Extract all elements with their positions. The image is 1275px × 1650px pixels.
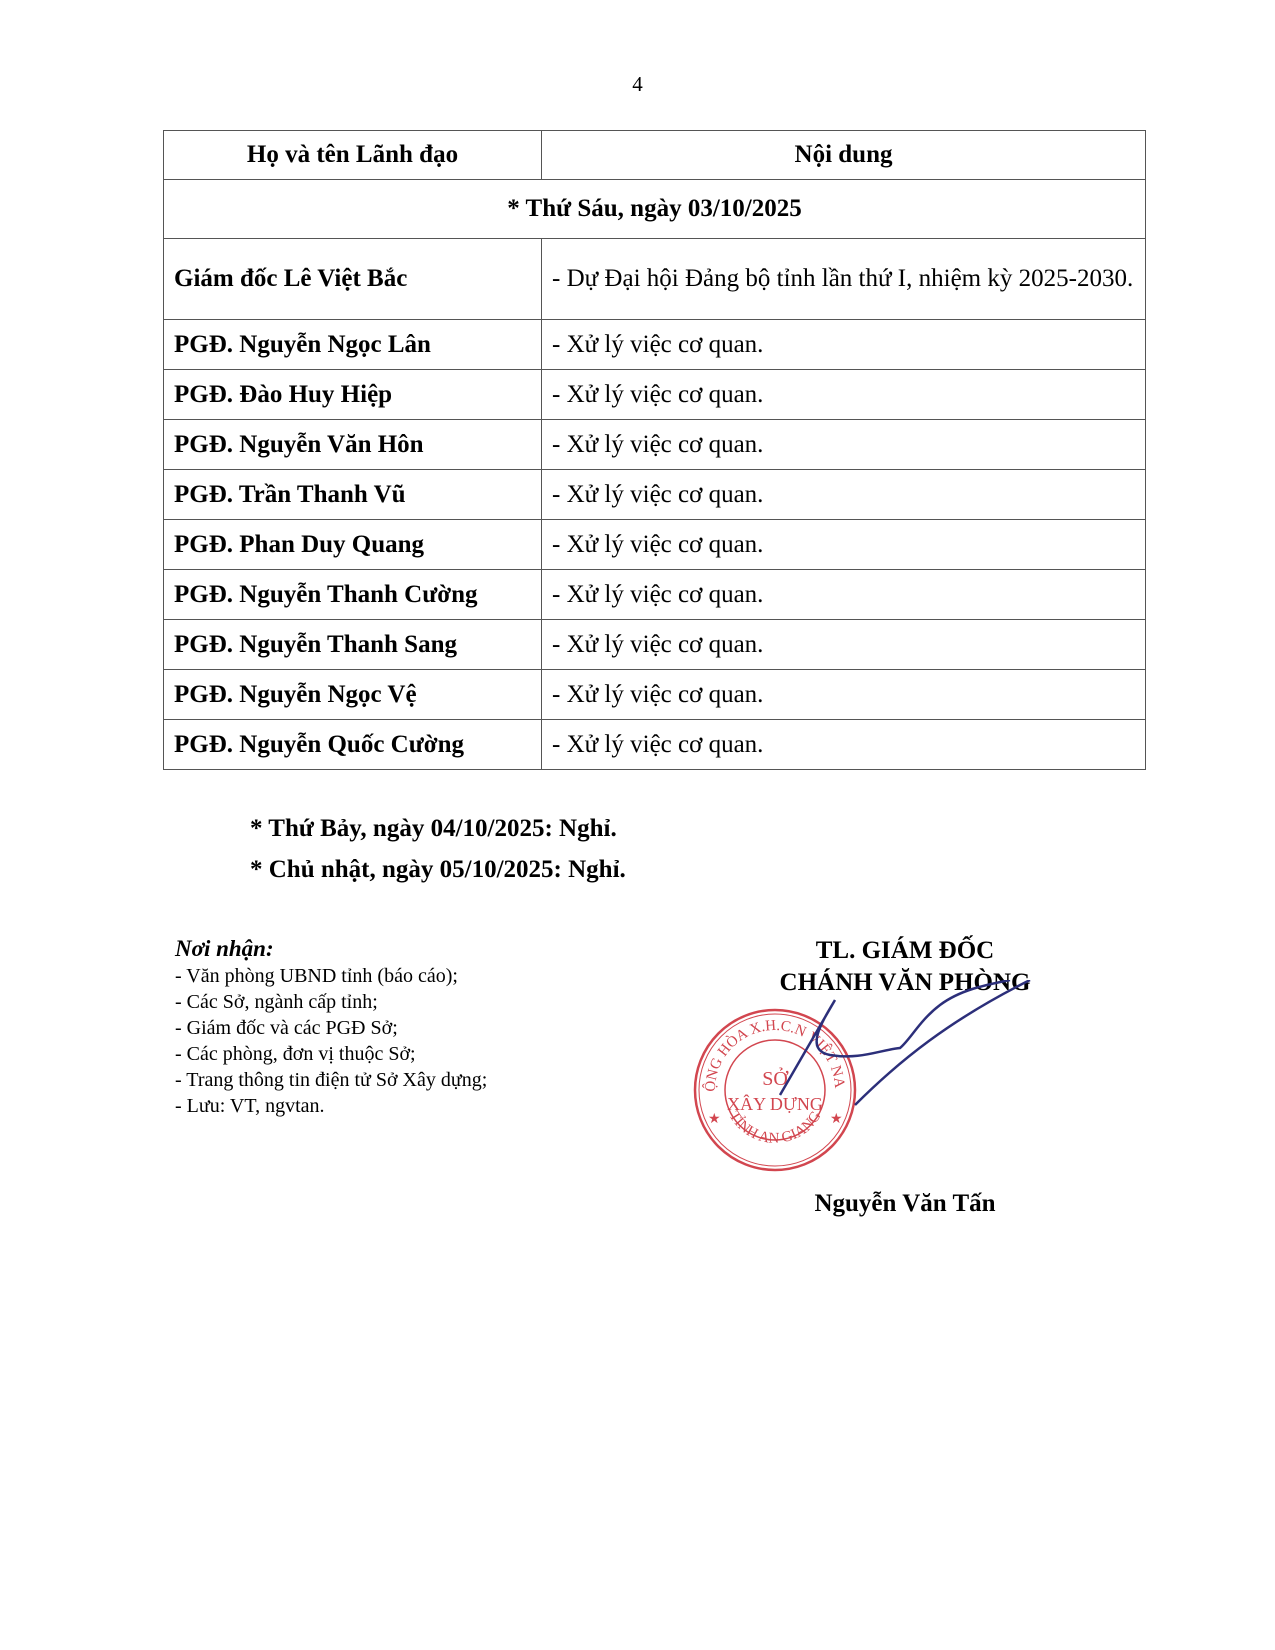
leader-name: PGĐ. Nguyễn Văn Hôn: [164, 420, 542, 470]
leader-name: PGĐ. Trần Thanh Vũ: [164, 470, 542, 520]
table-row: PGĐ. Phan Duy Quang- Xử lý việc cơ quan.: [164, 520, 1146, 570]
leader-name: PGĐ. Nguyễn Ngọc Lân: [164, 320, 542, 370]
off-days: * Thứ Bảy, ngày 04/10/2025: Nghỉ. * Chủ …: [250, 808, 626, 890]
leader-name: PGĐ. Nguyễn Thanh Sang: [164, 620, 542, 670]
leader-content: - Xử lý việc cơ quan.: [542, 320, 1146, 370]
leader-content: - Xử lý việc cơ quan.: [542, 720, 1146, 770]
table-row: Giám đốc Lê Việt Bắc- Dự Đại hội Đảng bộ…: [164, 239, 1146, 320]
recipient-item: - Các phòng, đơn vị thuộc Sở;: [175, 1041, 487, 1067]
leader-content: - Xử lý việc cơ quan.: [542, 570, 1146, 620]
leader-content: - Xử lý việc cơ quan.: [542, 370, 1146, 420]
off-day-sunday: * Chủ nhật, ngày 05/10/2025: Nghỉ.: [250, 849, 626, 890]
recipient-item: - Văn phòng UBND tỉnh (báo cáo);: [175, 963, 487, 989]
table-row: PGĐ. Nguyễn Thanh Sang- Xử lý việc cơ qu…: [164, 620, 1146, 670]
leader-content: - Xử lý việc cơ quan.: [542, 470, 1146, 520]
leader-name: PGĐ. Nguyễn Thanh Cường: [164, 570, 542, 620]
leader-content: - Xử lý việc cơ quan.: [542, 420, 1146, 470]
schedule-table: Họ và tên Lãnh đạo Nội dung * Thứ Sáu, n…: [163, 130, 1146, 770]
signature-icon: [760, 980, 1060, 1130]
table-row: PGĐ. Nguyễn Văn Hôn- Xử lý việc cơ quan.: [164, 420, 1146, 470]
table-row: PGĐ. Nguyễn Ngọc Lân- Xử lý việc cơ quan…: [164, 320, 1146, 370]
signer-line-1: TL. GIÁM ĐỐC: [720, 935, 1090, 967]
leader-name: Giám đốc Lê Việt Bắc: [164, 239, 542, 320]
leader-name: PGĐ. Nguyễn Ngọc Vệ: [164, 670, 542, 720]
header-content: Nội dung: [542, 131, 1146, 180]
recipient-item: - Giám đốc và các PGĐ Sở;: [175, 1015, 487, 1041]
table-row: PGĐ. Nguyễn Quốc Cường- Xử lý việc cơ qu…: [164, 720, 1146, 770]
header-leader-name: Họ và tên Lãnh đạo: [164, 131, 542, 180]
recipient-item: - Trang thông tin điện tử Sở Xây dựng;: [175, 1067, 487, 1093]
table-row: PGĐ. Đào Huy Hiệp- Xử lý việc cơ quan.: [164, 370, 1146, 420]
table-row: PGĐ. Nguyễn Ngọc Vệ- Xử lý việc cơ quan.: [164, 670, 1146, 720]
recipient-item: - Lưu: VT, ngvtan.: [175, 1093, 487, 1119]
signer-name: Nguyễn Văn Tấn: [720, 1190, 1090, 1218]
table-row: PGĐ. Nguyễn Thanh Cường- Xử lý việc cơ q…: [164, 570, 1146, 620]
svg-text:★: ★: [708, 1112, 721, 1127]
table-row: PGĐ. Trần Thanh Vũ- Xử lý việc cơ quan.: [164, 470, 1146, 520]
off-day-saturday: * Thứ Bảy, ngày 04/10/2025: Nghỉ.: [250, 808, 626, 849]
leader-name: PGĐ. Đào Huy Hiệp: [164, 370, 542, 420]
leader-name: PGĐ. Phan Duy Quang: [164, 520, 542, 570]
leader-content: - Xử lý việc cơ quan.: [542, 670, 1146, 720]
day-heading: * Thứ Sáu, ngày 03/10/2025: [164, 180, 1146, 239]
page-number: 4: [0, 72, 1275, 97]
leader-content: - Dự Đại hội Đảng bộ tỉnh lần thứ I, nhi…: [542, 239, 1146, 320]
leader-content: - Xử lý việc cơ quan.: [542, 620, 1146, 670]
leader-name: PGĐ. Nguyễn Quốc Cường: [164, 720, 542, 770]
recipient-item: - Các Sở, ngành cấp tỉnh;: [175, 989, 487, 1015]
recipients-block: Nơi nhận: - Văn phòng UBND tỉnh (báo cáo…: [175, 935, 487, 1119]
recipients-title: Nơi nhận:: [175, 935, 487, 963]
leader-content: - Xử lý việc cơ quan.: [542, 520, 1146, 570]
